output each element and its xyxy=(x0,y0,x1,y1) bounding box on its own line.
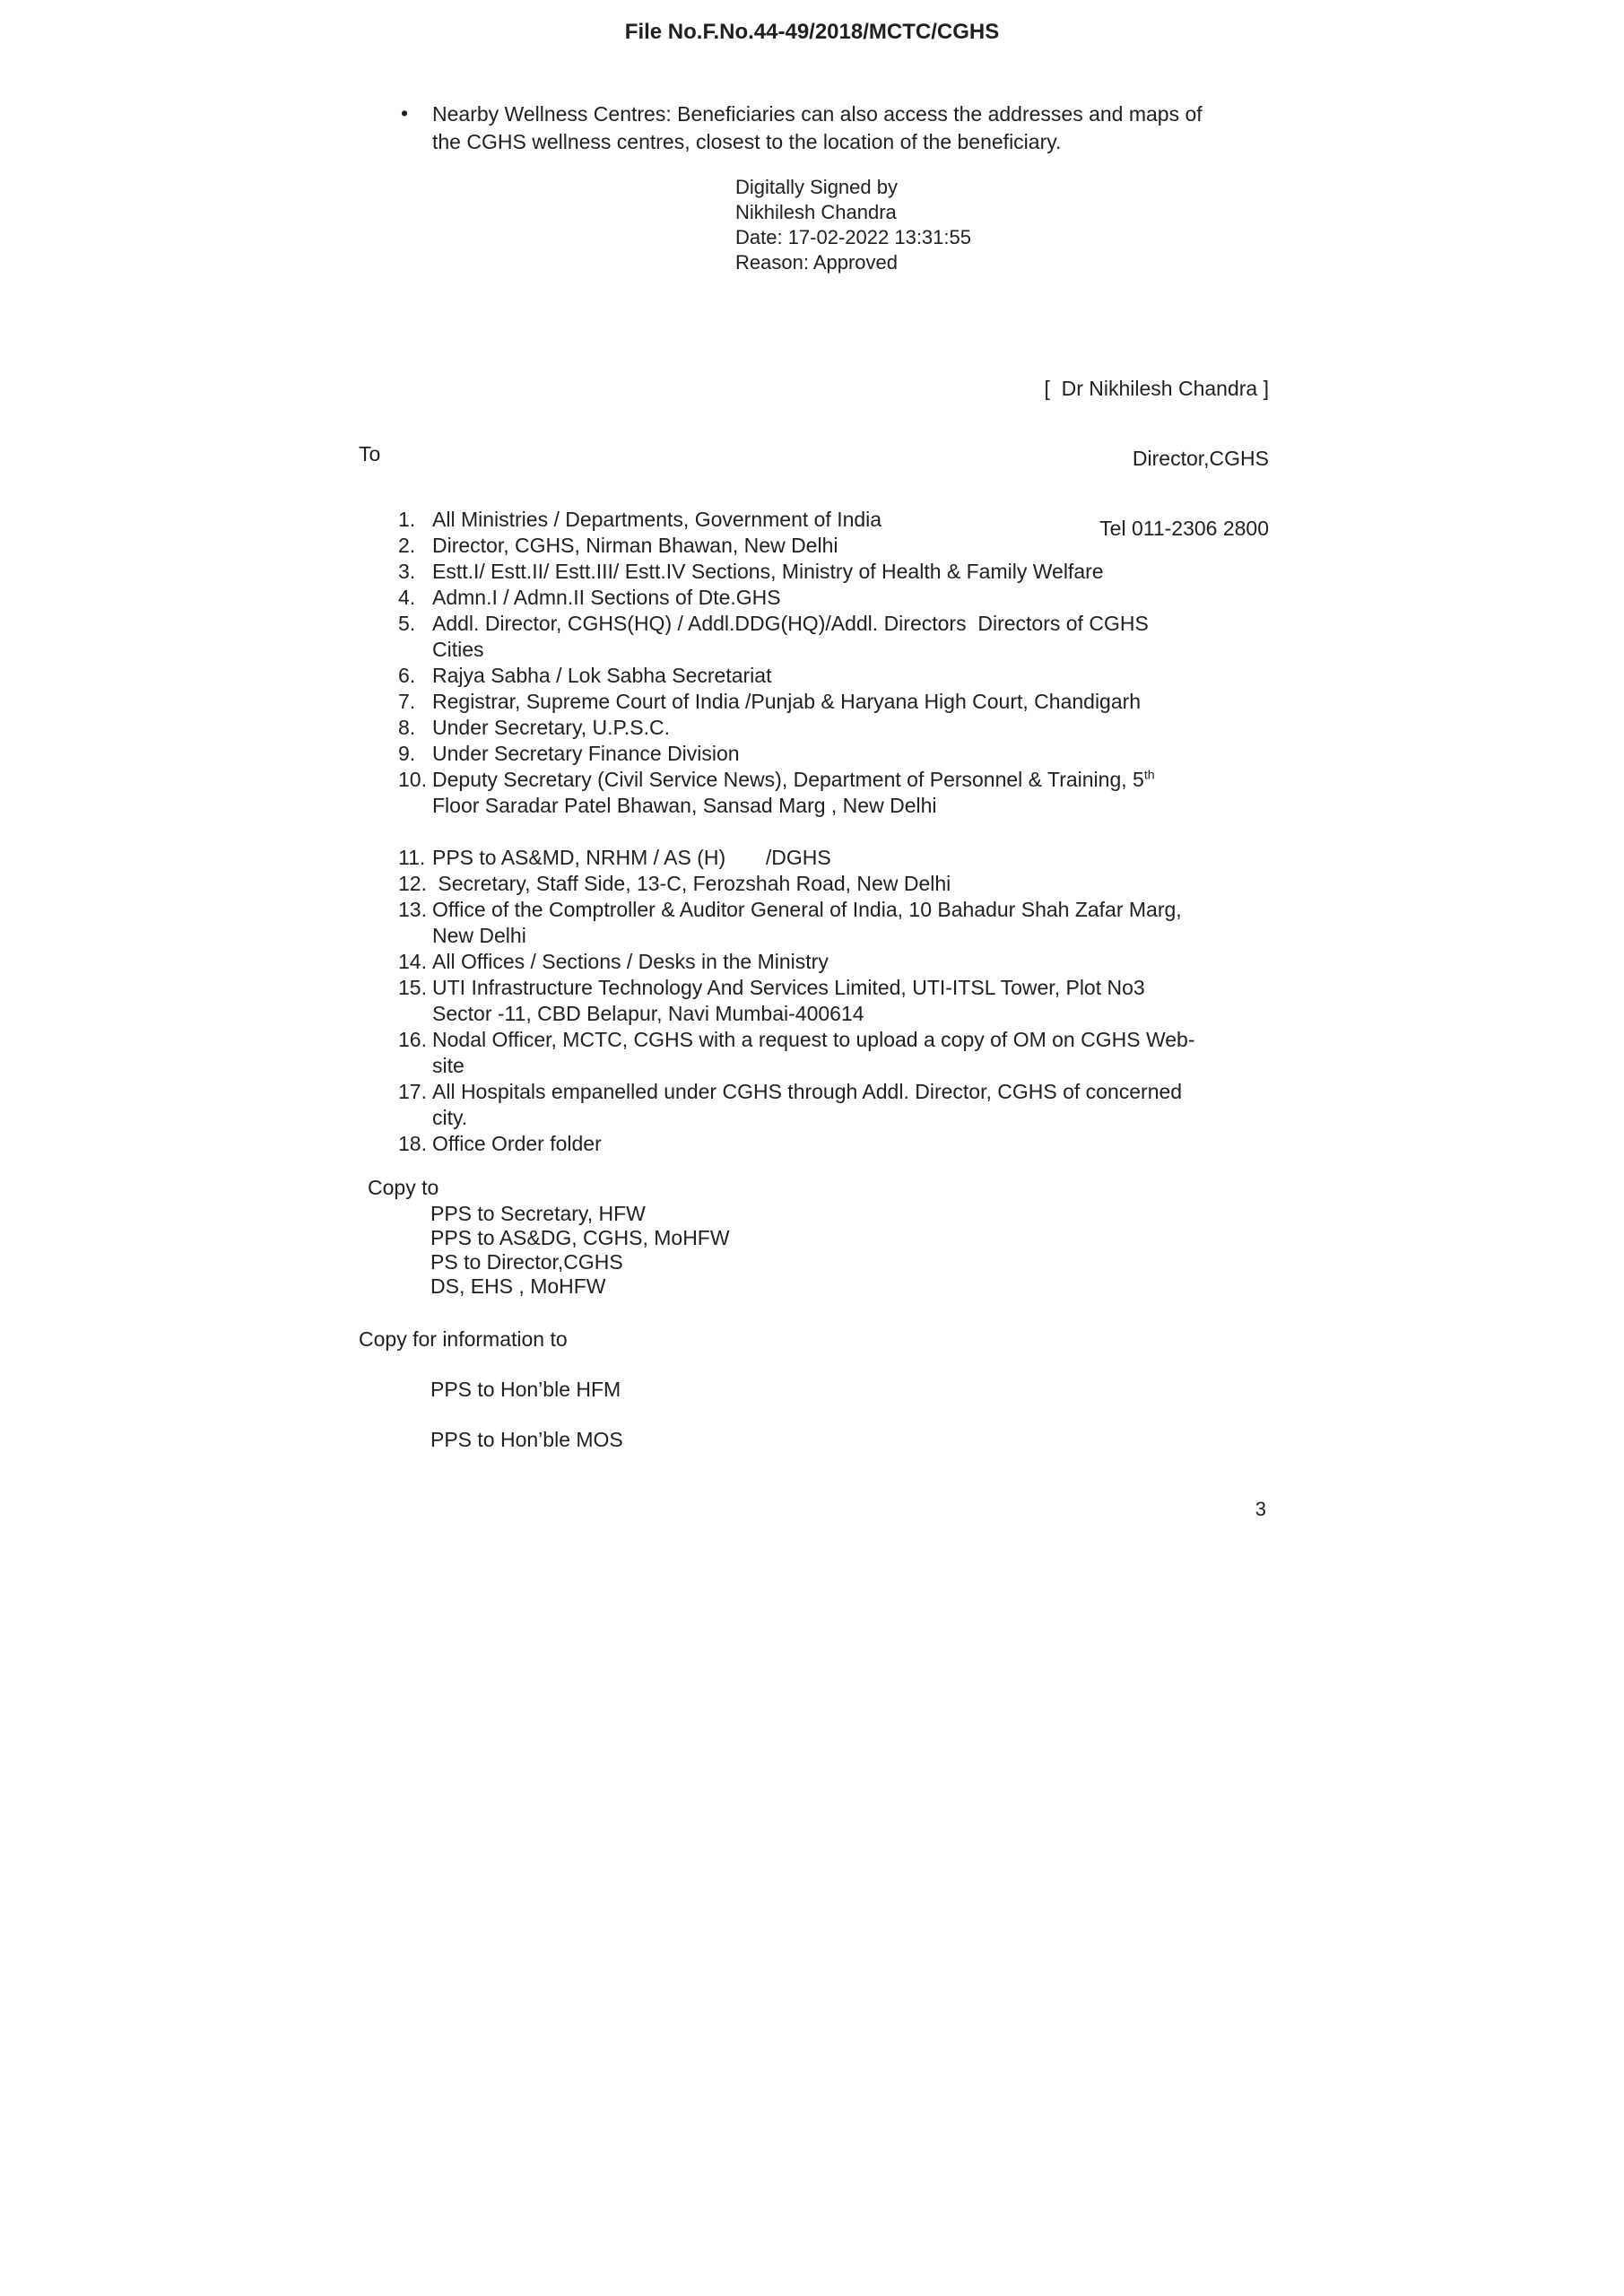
item-number: 15. xyxy=(398,975,427,1001)
to-list-item: 16. Nodal Officer, MCTC, CGHS with a req… xyxy=(398,1027,1304,1079)
to-label: To xyxy=(359,442,380,466)
item-text: Nodal Officer, MCTC, CGHS with a request… xyxy=(432,1028,1194,1077)
item-text: Office Order folder xyxy=(432,1132,602,1155)
item-number: 4. xyxy=(398,585,415,611)
to-list-item: 5. Addl. Director, CGHS(HQ) / Addl.DDG(H… xyxy=(398,611,1304,663)
signatory-designation: Director,CGHS xyxy=(807,447,1269,470)
item-text: All Offices / Sections / Desks in the Mi… xyxy=(432,950,829,973)
to-list-item: 6. Rajya Sabha / Lok Sabha Secretariat xyxy=(398,663,1304,689)
item-number: 5. xyxy=(398,611,415,637)
to-list-item: 3. Estt.I/ Estt.II/ Estt.III/ Estt.IV Se… xyxy=(398,559,1304,585)
to-list-item: 8. Under Secretary, U.P.S.C. xyxy=(398,715,1304,741)
item-number: 3. xyxy=(398,559,415,585)
page-number: 3 xyxy=(1211,1498,1266,1521)
to-list-item: 7. Registrar, Supreme Court of India /Pu… xyxy=(398,689,1304,715)
item-number: 13. xyxy=(398,897,427,923)
item-text: All Ministries / Departments, Government… xyxy=(432,508,881,531)
to-list-item: 9. Under Secretary Finance Division xyxy=(398,741,1304,767)
item-text: Deputy Secretary (Civil Service News), D… xyxy=(432,768,1155,817)
item-number: 11. xyxy=(398,845,425,871)
item-number: 2. xyxy=(398,533,415,559)
item-text: Director, CGHS, Nirman Bhawan, New Delhi xyxy=(432,534,838,557)
item-text: PPS to AS&MD, NRHM / AS (H) /DGHS xyxy=(432,846,831,869)
digital-signature-block: Digitally Signed by Nikhilesh Chandra Da… xyxy=(735,175,971,275)
item-text: Estt.I/ Estt.II/ Estt.III/ Estt.IV Secti… xyxy=(432,560,1104,583)
item-text: Admn.I / Admn.II Sections of Dte.GHS xyxy=(432,586,781,609)
item-number: 14. xyxy=(398,949,427,975)
to-list-item: 15. UTI Infrastructure Technology And Se… xyxy=(398,975,1304,1027)
item-text: Under Secretary, U.P.S.C. xyxy=(432,716,670,739)
item-number: 7. xyxy=(398,689,415,715)
item-number: 16. xyxy=(398,1027,427,1053)
bullet-paragraph: • Nearby Wellness Centres: Beneficiaries… xyxy=(399,100,1296,156)
item-text: Under Secretary Finance Division xyxy=(432,742,740,765)
to-list-item: 18. Office Order folder xyxy=(398,1131,1304,1157)
item-number: 17. xyxy=(398,1079,427,1105)
to-list-item: 11. PPS to AS&MD, NRHM / AS (H) /DGHS xyxy=(398,845,1304,871)
item-number: 18. xyxy=(398,1131,427,1157)
copy-info-recipient-mos: PPS to Hon’ble MOS xyxy=(430,1428,623,1452)
item-text-before-sup: Deputy Secretary (Civil Service News), D… xyxy=(432,768,1144,791)
to-list-item: 17. All Hospitals empanelled under CGHS … xyxy=(398,1079,1304,1131)
item-number: 1. xyxy=(398,507,415,533)
item-text: Rajya Sabha / Lok Sabha Secretariat xyxy=(432,664,771,687)
item-text: Secretary, Staff Side, 13-C, Ferozshah R… xyxy=(432,872,951,895)
item-number: 6. xyxy=(398,663,415,689)
item-text: Registrar, Supreme Court of India /Punja… xyxy=(432,690,1141,713)
to-distribution-list: 1. All Ministries / Departments, Governm… xyxy=(398,507,1304,1157)
item-number: 10. xyxy=(398,767,427,793)
to-list-item: 13. Office of the Comptroller & Auditor … xyxy=(398,897,1304,949)
item-text: All Hospitals empanelled under CGHS thro… xyxy=(432,1080,1182,1129)
bullet-text: Nearby Wellness Centres: Beneficiaries c… xyxy=(432,102,1203,153)
item-text: Office of the Comptroller & Auditor Gene… xyxy=(432,898,1182,947)
item-number: 8. xyxy=(398,715,415,741)
copy-to-recipients: PPS to Secretary, HFW PPS to AS&DG, CGHS… xyxy=(430,1202,730,1299)
copy-info-recipient-hfm: PPS to Hon’ble HFM xyxy=(430,1378,621,1402)
item-text: UTI Infrastructure Technology And Servic… xyxy=(432,976,1145,1025)
to-list-item: 12. Secretary, Staff Side, 13-C, Ferozsh… xyxy=(398,871,1304,897)
signatory-name: [ Dr Nikhilesh Chandra ] xyxy=(807,377,1269,400)
to-list-item: 14. All Offices / Sections / Desks in th… xyxy=(398,949,1304,975)
file-number-header: File No.F.No.44-49/2018/MCTC/CGHS xyxy=(0,20,1624,45)
to-list-item: 1. All Ministries / Departments, Governm… xyxy=(398,507,1304,533)
to-list-item: 4. Admn.I / Admn.II Sections of Dte.GHS xyxy=(398,585,1304,611)
item-text-after-sup: Floor Saradar Patel Bhawan, Sansad Marg … xyxy=(432,794,937,817)
to-list-item: 2. Director, CGHS, Nirman Bhawan, New De… xyxy=(398,533,1304,559)
item-text: Addl. Director, CGHS(HQ) / Addl.DDG(HQ)/… xyxy=(432,612,1149,661)
item-number: 9. xyxy=(398,741,415,767)
copy-to-label: Copy to xyxy=(368,1176,439,1200)
item-number: 12. xyxy=(398,871,427,897)
to-list-item: 10. Deputy Secretary (Civil Service News… xyxy=(398,767,1304,819)
ordinal-superscript: th xyxy=(1144,768,1155,782)
bullet-icon: • xyxy=(401,100,408,127)
document-page: File No.F.No.44-49/2018/MCTC/CGHS • Near… xyxy=(0,0,1624,2296)
copy-for-information-label: Copy for information to xyxy=(359,1327,568,1352)
